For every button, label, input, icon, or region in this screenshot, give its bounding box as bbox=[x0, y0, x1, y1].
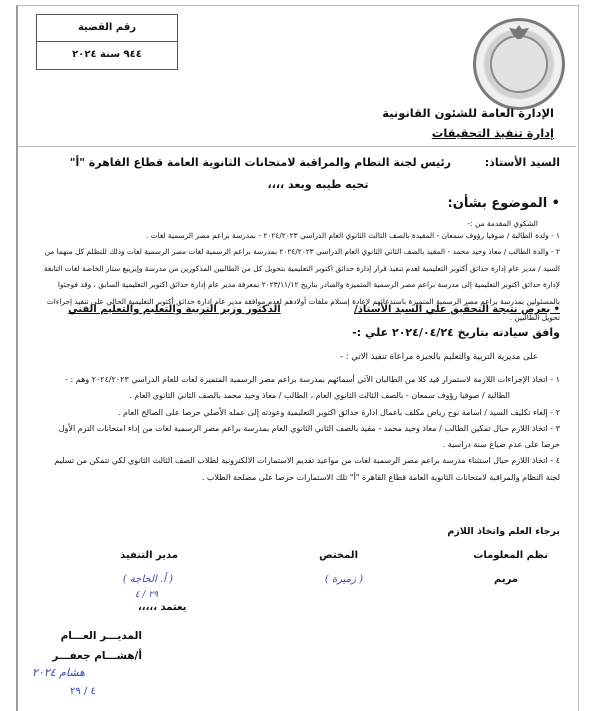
sig-handwritten-date: ٢٩ / ٤ bbox=[135, 590, 158, 600]
sig-title-info-systems: نظم المعلومات bbox=[473, 550, 548, 561]
header-titles: الإدارة العامة للشئون القانونية إدارة تن… bbox=[382, 106, 554, 140]
case-number-label: رقم القضية bbox=[37, 15, 177, 42]
document-page: رقم القضية ٩٤٤ سنة ٢٠٢٤ الإدارة العامة ل… bbox=[16, 5, 579, 711]
decision-item-4: ٤ - اتخاذ اللازم حيال استثناء مدرسة براع… bbox=[38, 453, 560, 486]
sig-value-specialist-handwritten: ( زميرة ) bbox=[325, 574, 363, 585]
addressee-line: السيد الأستاذ: رئيس لجنة النظام والمراقب… bbox=[70, 156, 560, 169]
investigation-result-prefix: • بعرض نتيجة التحقيق علي السيد الأستاذ/ bbox=[354, 304, 560, 315]
ministry-seal-logo bbox=[473, 18, 565, 110]
subject-heading: • الموضوع بشأن: bbox=[448, 196, 560, 211]
header-divider bbox=[18, 146, 576, 147]
complaint-paragraph-1: ١ - ولدة الطالبة / صوفيا رؤوف سمعان - ال… bbox=[38, 228, 560, 245]
addressee-label: السيد الأستاذ: bbox=[485, 156, 560, 169]
investigation-result-line: • بعرض نتيجة التحقيق علي السيد الأستاذ/ … bbox=[68, 304, 560, 315]
sig-title-specialist: المختص bbox=[319, 550, 358, 561]
decision-item-3: ٣ - اتخاذ اللازم حيال تمكين الطالب / معا… bbox=[38, 421, 560, 454]
general-manager-block: المديـــر العـــام أ/هشـــام جعفـــر bbox=[42, 630, 142, 670]
decision-item-1: ١ - اتخاذ الإجراءات اللازمة لاستمرار قيد… bbox=[38, 372, 560, 388]
sig-value-execution-manager-handwritten: ( أ. الحاجة ) bbox=[123, 574, 173, 585]
minister-title: الدكتور وزير التربية والتعليم والتعليم ا… bbox=[68, 304, 280, 315]
sub-department-name: إدارة تنفيذ التحقيقات bbox=[382, 126, 554, 140]
approve-label: يعتمد ،،،،، bbox=[138, 602, 186, 613]
general-manager-name: أ/هشـــام جعفـــر bbox=[42, 650, 142, 662]
case-number-value: ٩٤٤ سنة ٢٠٢٤ bbox=[37, 42, 177, 68]
directive-line: على مديرية التربية والتعليم بالجيزة مراع… bbox=[340, 352, 538, 362]
sig-title-execution-manager: مدير التنفيذ bbox=[120, 550, 178, 561]
approval-line: وافق سيادته بتاريخ ٢٠٢٤/٠٤/٢٤ علي :- bbox=[352, 326, 560, 339]
decision-item-1-students: الطالبة / صوفيا رؤوف سمعان - بالصف الثال… bbox=[38, 388, 560, 404]
general-manager-title: المديـــر العـــام bbox=[42, 630, 142, 642]
general-manager-handwritten-date: ٤ / ٢٩ bbox=[70, 686, 96, 697]
seal-inner-ring bbox=[490, 35, 548, 93]
department-name: الإدارة العامة للشئون القانونية bbox=[382, 106, 554, 120]
decision-item-2: ٢ - إلغاء تكليف السيد / اسامة نوح رياض م… bbox=[38, 405, 560, 421]
decision-items: ١ - اتخاذ الإجراءات اللازمة لاستمرار قيد… bbox=[38, 372, 560, 486]
addressee-title: رئيس لجنة النظام والمراقبة لامتحانات الث… bbox=[70, 156, 451, 169]
sig-value-info-systems: مريم bbox=[494, 574, 518, 585]
closing-line: برجاء العلم واتخاذ اللازم bbox=[447, 526, 560, 537]
general-manager-handwritten-signature: هشام ٢٠٢٤ bbox=[32, 666, 85, 679]
greeting: تحيه طيبه وبعد ،،،، bbox=[18, 178, 578, 191]
case-number-box: رقم القضية ٩٤٤ سنة ٢٠٢٤ bbox=[36, 14, 178, 70]
